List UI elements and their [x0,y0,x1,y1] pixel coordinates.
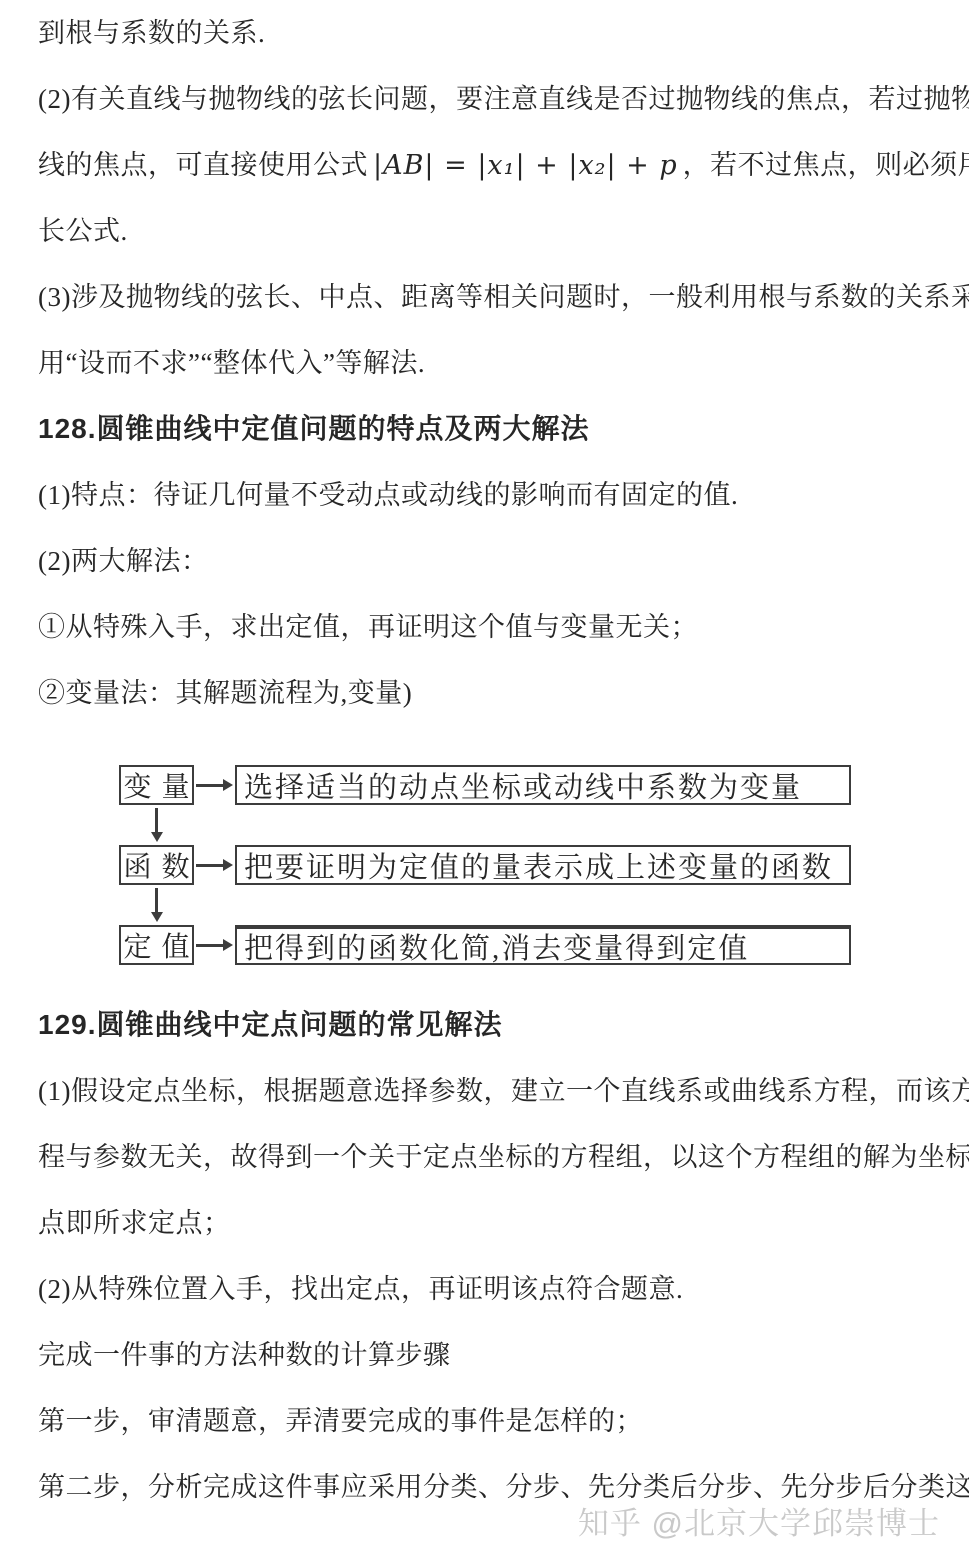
arrow-right-icon [194,845,235,885]
text-line: 长公式. [38,198,941,264]
flowchart-desc-box: 把要证明为定值的量表示成上述变量的函数 [235,845,851,885]
text-line: (2)两大解法： [38,528,941,594]
text-line: (1)假设定点坐标，根据题意选择参数，建立一个直线系或曲线系方程，而该方 [38,1058,941,1124]
flowchart-node-label: 定值 [123,925,199,965]
flowchart-row: 变量 选择适当的动点坐标或动线中系数为变量 [119,765,851,805]
flowchart-desc-text: 选择适当的动点坐标或动线中系数为变量 [244,765,802,805]
flowchart-node-box: 变量 [119,765,194,805]
text-line: (1)特点：待证几何量不受动点或动线的影响而有固定的值. [38,462,941,528]
text-line: 到根与系数的关系. [38,0,941,66]
text-line: ①从特殊入手，求出定值，再证明这个值与变量无关； [38,594,941,660]
text-line-with-formula: 线的焦点，可直接使用公式|AB| = |x₁| + |x₂| + p，若不过焦点… [38,132,941,198]
text-segment: 线的焦点，可直接使用公式 [38,150,368,180]
arrow-right-icon [194,765,235,805]
text-line: 程与参数无关，故得到一个关于定点坐标的方程组，以这个方程组的解为坐标的 [38,1124,941,1190]
text-line: ②变量法：其解题流程为,变量) [38,660,941,726]
text-line: 完成一件事的方法种数的计算步骤 [38,1322,941,1388]
arrow-down-icon [119,885,194,925]
text-line: 点即所求定点； [38,1190,941,1256]
text-line: 第一步，审清题意，弄清要完成的事件是怎样的； [38,1388,941,1454]
watermark: 知乎 @北京大学邱崇博士 [578,1498,940,1543]
flowchart-desc-box: 把得到的函数化简,消去变量得到定值 [235,925,851,965]
text-line: (2)有关直线与抛物线的弦长问题，要注意直线是否过抛物线的焦点，若过抛物 [38,66,941,132]
arrow-down-icon [119,805,194,845]
flowchart-desc-text: 把要证明为定值的量表示成上述变量的函数 [244,845,833,885]
flowchart-node-box: 函数 [119,845,194,885]
section-heading-129: 129.圆锥曲线中定点问题的常见解法 [38,992,941,1058]
chord-length-formula: |AB| = |x₁| + |x₂| + p [368,150,683,181]
text-line: (2)从特殊位置入手，找出定点，再证明该点符合题意. [38,1256,941,1322]
text-segment: ，若不过焦点，则必须用一般弦 [683,150,969,180]
arrow-right-icon [194,925,235,965]
flowchart-desc-box: 选择适当的动点坐标或动线中系数为变量 [235,765,851,805]
flowchart-row: 定值 把得到的函数化简,消去变量得到定值 [119,925,851,965]
flowchart-node-label: 函数 [123,845,199,885]
text-line: 用“设而不求”“整体代入”等解法. [38,330,941,396]
flowchart-desc-text: 把得到的函数化简,消去变量得到定值 [244,926,749,966]
section-heading-128: 128.圆锥曲线中定值问题的特点及两大解法 [38,396,941,462]
flowchart-diagram: 变量 选择适当的动点坐标或动线中系数为变量 函数 把要证明为定值的量表示成上述变… [119,765,851,965]
text-line: (3)涉及抛物线的弦长、中点、距离等相关问题时，一般利用根与系数的关系采 [38,264,941,330]
flowchart-row: 函数 把要证明为定值的量表示成上述变量的函数 [119,845,851,885]
document-page: 到根与系数的关系. (2)有关直线与抛物线的弦长问题，要注意直线是否过抛物线的焦… [0,0,969,1520]
flowchart-node-box: 定值 [119,925,194,965]
flowchart-node-label: 变量 [123,765,199,805]
